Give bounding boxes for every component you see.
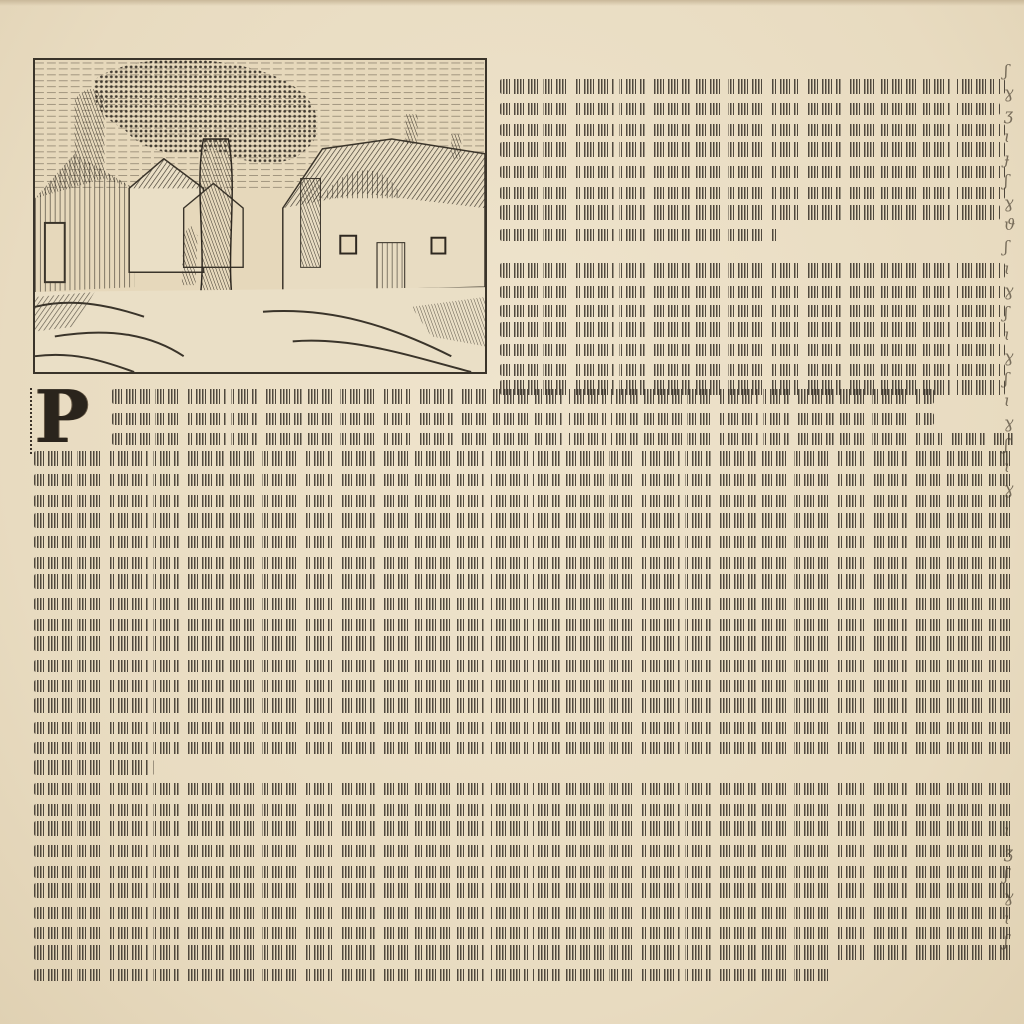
- flourish-glyph: ɣ: [1004, 412, 1022, 434]
- handwritten-text: [500, 229, 780, 241]
- script-line: [34, 759, 1016, 780]
- handwritten-text: [500, 166, 1005, 178]
- flourish-glyph: ʃ: [1004, 434, 1022, 456]
- script-line: [34, 841, 1016, 862]
- handwritten-text: [500, 364, 1005, 376]
- handwritten-text: [34, 536, 1014, 548]
- script-line: [34, 512, 1016, 533]
- handwritten-text: [34, 636, 1014, 651]
- script-line: [34, 532, 1016, 553]
- script-line: [34, 944, 1016, 965]
- margin-flourish-bottom: ɩʒʃɣɩʃ: [1004, 820, 1022, 950]
- handwritten-text: [500, 142, 1005, 157]
- handwritten-text: [500, 124, 1005, 136]
- handwritten-text: [500, 103, 1000, 115]
- flourish-glyph: ɣ: [1004, 192, 1022, 214]
- flourish-glyph: ɩ: [1004, 390, 1022, 412]
- handwritten-text: [34, 574, 1014, 589]
- handwritten-text: [500, 205, 1000, 220]
- handwritten-text: [34, 474, 1014, 486]
- text-block-right-middle: [500, 262, 1020, 399]
- script-line: [500, 225, 1020, 246]
- script-line: [34, 491, 1016, 512]
- script-line: [34, 697, 1016, 718]
- handwritten-text: [34, 866, 1014, 878]
- script-line: [34, 738, 1016, 759]
- script-line: [500, 321, 1020, 341]
- text-block-right-top: [500, 78, 1020, 246]
- flourish-glyph: ɣ: [1004, 82, 1022, 104]
- text-block-body: [34, 388, 1016, 985]
- flourish-glyph: ɩ: [1004, 456, 1022, 478]
- handwritten-text: [112, 433, 1014, 445]
- script-line: [500, 162, 1020, 183]
- script-line: [34, 862, 1016, 883]
- woodcut-illustration: [33, 58, 487, 374]
- script-line: [34, 429, 1016, 450]
- flourish-glyph: ʃ: [1004, 236, 1022, 258]
- handwritten-text: [34, 927, 1014, 939]
- handwritten-text: [500, 79, 1005, 94]
- handwritten-text: [500, 187, 1005, 199]
- handwritten-text: [34, 451, 1014, 466]
- handwritten-text: [34, 742, 1014, 754]
- script-line: [500, 78, 1020, 99]
- flourish-glyph: ʃ: [1004, 170, 1022, 192]
- page-top-edge: [0, 0, 1024, 6]
- handwritten-text: [34, 513, 1014, 528]
- handwritten-text: [112, 389, 934, 404]
- script-line: [500, 141, 1020, 162]
- handwritten-text: [34, 883, 1014, 898]
- script-line: [34, 903, 1016, 924]
- parchment-page: P ʃɣʒɩɟʃɣϑʃɩɣʃɩɣʃɩɣʃɩɣ ɩʒʃɣɩʃ: [0, 0, 1024, 1024]
- script-line: [500, 204, 1020, 225]
- flourish-glyph: ɣ: [1004, 346, 1022, 368]
- script-line: [500, 262, 1020, 282]
- margin-flourish-top: ʃɣʒɩɟʃɣϑʃɩɣʃɩɣʃɩɣʃɩɣ: [1004, 60, 1022, 520]
- handwritten-text: [34, 969, 834, 981]
- script-line: [34, 656, 1016, 677]
- flourish-glyph: ϑ: [1004, 214, 1022, 236]
- flourish-glyph: ɩ: [1004, 126, 1022, 148]
- script-line: [34, 718, 1016, 739]
- script-line: [34, 553, 1016, 574]
- script-line: [34, 965, 1016, 986]
- handwritten-text: [34, 495, 1014, 507]
- handwritten-text: [34, 680, 1014, 692]
- flourish-glyph: ʒ: [1004, 842, 1022, 864]
- flourish-glyph: ɩ: [1004, 908, 1022, 930]
- village-scene-engraving: [35, 60, 485, 372]
- handwritten-text: [34, 760, 154, 775]
- script-line: [34, 615, 1016, 636]
- flourish-glyph: ʃ: [1004, 60, 1022, 82]
- handwritten-text: [34, 783, 1014, 795]
- script-line: [500, 282, 1020, 302]
- handwritten-text: [34, 698, 1014, 713]
- script-line: [34, 450, 1016, 471]
- script-line: [34, 635, 1016, 656]
- handwritten-text: [500, 286, 1005, 298]
- script-line: [34, 573, 1016, 594]
- flourish-glyph: ʃ: [1004, 864, 1022, 886]
- flourish-glyph: ɩ: [1004, 258, 1022, 280]
- flourish-glyph: ʃ: [1004, 368, 1022, 390]
- script-line: [34, 800, 1016, 821]
- script-line: [500, 120, 1020, 141]
- script-line: [500, 301, 1020, 321]
- handwritten-text: [34, 557, 1014, 569]
- script-line: [34, 409, 1016, 430]
- handwritten-text: [34, 845, 1014, 857]
- script-line: [34, 594, 1016, 615]
- script-line: [500, 99, 1020, 120]
- handwritten-text: [34, 945, 1014, 960]
- flourish-glyph: ɟ: [1004, 148, 1022, 170]
- flourish-glyph: ɣ: [1004, 478, 1022, 500]
- script-line: [34, 923, 1016, 944]
- script-line: [500, 183, 1020, 204]
- handwritten-text: [34, 722, 1014, 734]
- handwritten-text: [34, 821, 1014, 836]
- handwritten-text: [500, 263, 1005, 278]
- handwritten-text: [34, 598, 1014, 610]
- script-line: [34, 676, 1016, 697]
- handwritten-text: [500, 322, 1005, 337]
- script-line: [34, 388, 1016, 409]
- handwritten-text: [34, 660, 1014, 672]
- handwritten-text: [112, 413, 934, 425]
- flourish-glyph: ʒ: [1004, 104, 1022, 126]
- script-line: [500, 360, 1020, 380]
- script-line: [34, 470, 1016, 491]
- script-line: [34, 820, 1016, 841]
- flourish-glyph: ɩ: [1004, 324, 1022, 346]
- flourish-glyph: ʃ: [1004, 302, 1022, 324]
- flourish-glyph: ɣ: [1004, 886, 1022, 908]
- handwritten-text: [34, 907, 1014, 919]
- handwritten-text: [34, 804, 1014, 816]
- flourish-glyph: ɣ: [1004, 280, 1022, 302]
- script-line: [34, 882, 1016, 903]
- script-line: [500, 340, 1020, 360]
- flourish-glyph: ʃ: [1004, 930, 1022, 952]
- handwritten-text: [34, 619, 1014, 631]
- flourish-glyph: ɩ: [1004, 820, 1022, 842]
- script-line: [34, 779, 1016, 800]
- handwritten-text: [500, 344, 1005, 356]
- handwritten-text: [500, 305, 1005, 317]
